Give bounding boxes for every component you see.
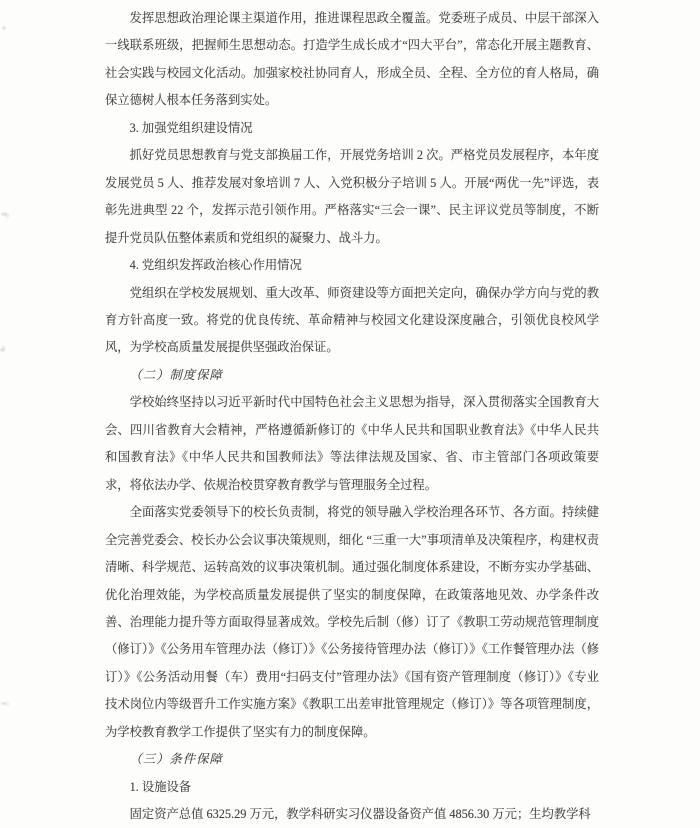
paragraph-governance-systems: 全面落实党委领导下的校长负责制，将党的领导融入学校治理各环节、各方面。持续健全完…: [105, 499, 599, 746]
scan-artifact: [1, 702, 6, 705]
heading-party-org-building: 3. 加强党组织建设情况: [105, 115, 599, 142]
paragraph-fixed-assets: 固定资产总值 6325.29 万元，教学科研实习仪器设备资产值 4856.30 …: [105, 801, 599, 828]
paragraph-party-org-building: 抓好党员思想教育与党支部换届工作，开展党务培训 2 次。严格党员发展程序，本年度…: [105, 142, 599, 252]
paragraph-law-compliance: 学校始终坚持以习近平新时代中国特色社会主义思想为指导，深入贯彻落实全国教育大会、…: [105, 389, 599, 499]
heading-facilities-equipment: 1. 设施设备: [105, 774, 599, 801]
paragraph-political-core-role: 党组织在学校发展规划、重大改革、师资建设等方面把关定向，确保办学方向与党的教育方…: [105, 280, 599, 362]
scan-artifact: [2, 26, 6, 30]
paragraph-ideology-education: 发挥思想政治理论课主渠道作用，推进课程思政全覆盖。党委班子成员、中层干部深入一线…: [105, 5, 599, 115]
heading-political-core-role: 4. 党组织发挥政治核心作用情况: [105, 252, 599, 279]
page-text-block: 发挥思想政治理论课主渠道作用，推进课程思政全覆盖。党委班子成员、中层干部深入一线…: [105, 5, 599, 828]
section-heading-condition-guarantee: （三）条件保障: [105, 746, 599, 773]
scan-artifact: [0, 348, 5, 352]
section-heading-institutional-guarantee: （二）制度保障: [105, 362, 599, 389]
document-page: 发挥思想政治理论课主渠道作用，推进课程思政全覆盖。党委班子成员、中层干部深入一线…: [0, 0, 700, 828]
scan-artifact: [1, 212, 7, 216]
